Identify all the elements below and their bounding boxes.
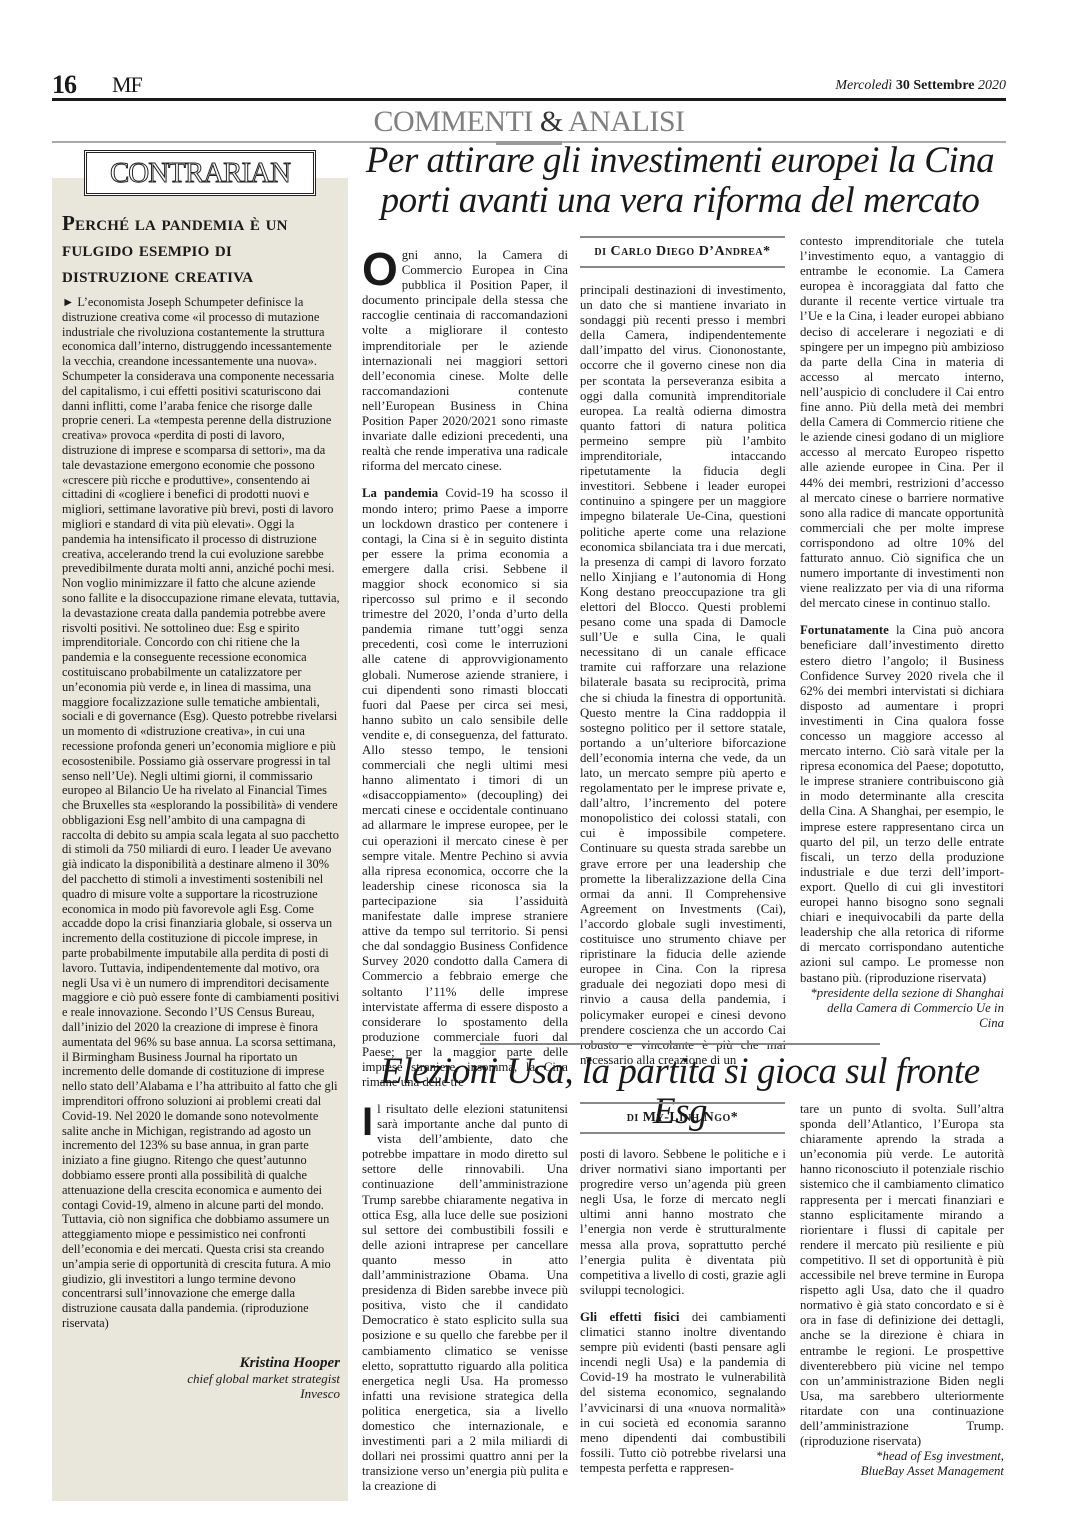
article2-column-1: Il risultato delle elezioni statunitensi… <box>362 1102 568 1494</box>
dropcap: I <box>362 1104 373 1140</box>
page-number: 16 <box>52 70 76 100</box>
contrarian-title: Perché la pandemia è un fulgido esempio … <box>62 210 342 288</box>
article2-column-2: posti di lavoro. Sebbene le politiche e … <box>580 1147 786 1476</box>
paragraph-lead: La pandemia <box>362 486 438 500</box>
author-name: Kristina Hooper <box>240 1355 340 1371</box>
contrarian-signature: Kristina Hooper chief global market stra… <box>187 1355 340 1401</box>
masthead: 16 MF Mercoledì 30 Settembre 2020 <box>52 68 1006 101</box>
section-title: COMMENTI & ANALISI <box>52 101 1006 143</box>
contrarian-body: ► L’economista Joseph Schumpeter definis… <box>62 295 340 1331</box>
paragraph-lead: Gli effetti fisici <box>580 1310 679 1324</box>
article2-byline: di My-Linh Ngo* <box>580 1102 785 1134</box>
article1-footnote: *presidente della sezione di Shanghai de… <box>800 986 1004 1031</box>
author-role: chief global market strategist <box>187 1371 340 1386</box>
paragraph-lead: Fortunatamente <box>800 623 889 637</box>
article1-byline: di Carlo Diego D’Andrea* <box>580 236 785 268</box>
contrarian-label: CONTRARIAN <box>84 150 316 196</box>
author-company: Invesco <box>300 1386 340 1401</box>
dropcap: O <box>362 250 398 288</box>
article2-column-3: tare un punto di svolta. Sull’altra spon… <box>800 1102 1004 1479</box>
article1-column-3: contesto imprenditoriale che tutela l’in… <box>800 234 1004 1031</box>
contrarian-column: CONTRARIAN Perché la pandemia è un fulgi… <box>52 150 348 1473</box>
brand-logo: MF <box>112 72 142 98</box>
article1-column-2: principali destinazioni di investimento,… <box>580 283 786 1068</box>
article1-column-1: Ogni anno, la Camera di Commercio Europe… <box>362 248 568 1090</box>
article-divider <box>480 1043 880 1045</box>
article2-footnote: *head of Esg investment,BlueBay Asset Ma… <box>800 1449 1004 1479</box>
page-header: 16 MF Mercoledì 30 Settembre 2020 COMMEN… <box>52 68 1006 143</box>
issue-date: Mercoledì 30 Settembre 2020 <box>835 78 1006 94</box>
article1-headline: Per attirare gli investimenti europei la… <box>355 141 1005 221</box>
